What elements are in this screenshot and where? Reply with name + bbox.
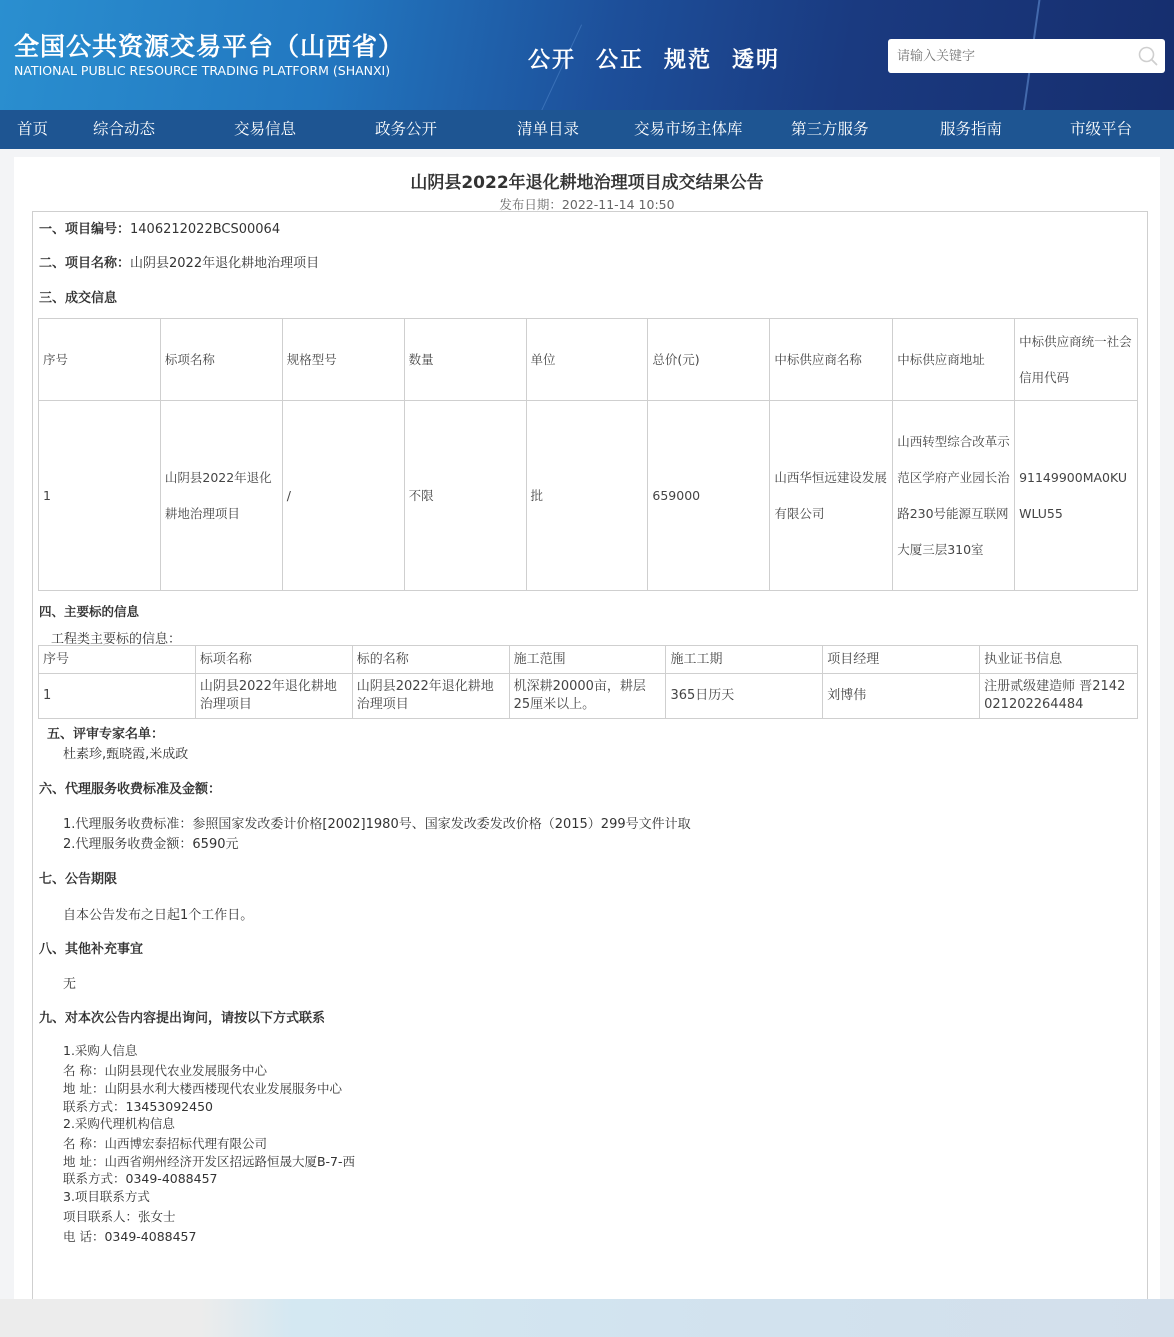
slogan-word: 公正 xyxy=(596,43,644,74)
contact-line: 地 址：山西省朔州经济开发区招远路恒晟大厦B-7-西 xyxy=(63,1152,355,1170)
contact-line: 项目联系人：张女士 xyxy=(63,1207,176,1225)
table-header: 单位 xyxy=(526,319,648,401)
section-project-name: 二、项目名称：山阴县2022年退化耕地治理项目 xyxy=(39,252,319,271)
table-header: 中标供应商地址 xyxy=(893,319,1015,401)
nav-item-third-party[interactable]: 第三方服务 xyxy=(791,110,869,149)
table-header-row: 序号 标项名称 规格型号 数量 单位 总价(元) 中标供应商名称 中标供应商地址… xyxy=(39,319,1138,401)
table-header: 标的名称 xyxy=(352,646,509,674)
table-row: 1 山阴县2022年退化耕地治理项目 / 不限 批 659000 山西华恒远建设… xyxy=(39,401,1138,591)
table-header: 中标供应商统一社会信用代码 xyxy=(1015,319,1138,401)
table-cell: 91149900MA0KUWLU55 xyxy=(1015,401,1138,591)
site-subtitle: NATIONAL PUBLIC RESOURCE TRADING PLATFOR… xyxy=(14,63,390,78)
subject-table: 序号 标项名称 标的名称 施工范围 施工工期 项目经理 执业证书信息 1 山阴县… xyxy=(38,645,1138,719)
fee-amount: 2.代理服务收费金额：6590元 xyxy=(63,833,239,852)
nav-item-news[interactable]: 综合动态 xyxy=(93,110,155,149)
contact-line: 电 话：0349-4088457 xyxy=(63,1227,196,1245)
table-cell: 1 xyxy=(39,401,161,591)
table-cell: 山阴县2022年退化耕地治理项目 xyxy=(160,401,282,591)
section-label: 六、代理服务收费标准及金额： xyxy=(39,782,221,797)
table-header: 施工工期 xyxy=(666,646,823,674)
article-title: 山阴县2022年退化耕地治理项目成交结果公告 xyxy=(14,168,1160,193)
contact-line: 1.采购人信息 xyxy=(63,1041,137,1059)
slogan-word: 规范 xyxy=(664,43,712,74)
table-cell: / xyxy=(282,401,404,591)
slogan: 公开 公正 规范 透明 xyxy=(528,43,780,74)
table-header: 项目经理 xyxy=(823,646,980,674)
section-notice-period: 七、公告期限 xyxy=(39,868,117,887)
contact-line: 名 称：山西博宏泰招标代理有限公司 xyxy=(63,1134,267,1152)
contact-line: 2.采购代理机构信息 xyxy=(63,1114,175,1132)
search-icon[interactable] xyxy=(1131,39,1165,73)
section-label: 九、对本次公告内容提出询问，请按以下方式联系 xyxy=(39,1011,325,1026)
table-cell: 山阴县2022年退化耕地治理项目 xyxy=(195,674,352,719)
table-cell: 659000 xyxy=(648,401,770,591)
fee-standard: 1.代理服务收费标准：参照国家发改委计价格[2002]1980号、国家发改委发改… xyxy=(63,813,691,832)
contact-line: 联系方式：13453092450 xyxy=(63,1097,213,1115)
contact-line: 名 称：山阴县现代农业发展服务中心 xyxy=(63,1061,267,1079)
contact-line: 联系方式：0349-4088457 xyxy=(63,1169,218,1187)
section-label: 一、项目编号： xyxy=(39,222,130,237)
table-header: 标项名称 xyxy=(160,319,282,401)
table-cell: 注册贰级建造师 晋2142021202264484 xyxy=(980,674,1138,719)
expert-list: 杜素珍,甄晓霞,米成政 xyxy=(63,743,188,762)
other-matters: 无 xyxy=(63,973,76,992)
article-content: 一、项目编号：1406212022BCS00064 二、项目名称：山阴县2022… xyxy=(32,211,1148,1311)
section-agency-fee: 六、代理服务收费标准及金额： xyxy=(39,778,221,797)
table-header: 执业证书信息 xyxy=(980,646,1138,674)
table-cell: 山西转型综合改革示范区学府产业园长治路230号能源互联网大厦三层310室 xyxy=(893,401,1015,591)
nav-item-home[interactable]: 首页 xyxy=(17,110,48,149)
table-cell: 批 xyxy=(526,401,648,591)
table-header: 序号 xyxy=(39,319,161,401)
contact-line: 3.项目联系方式 xyxy=(63,1187,150,1205)
project-number: 1406212022BCS00064 xyxy=(130,222,280,237)
section-label: 三、成交信息 xyxy=(39,291,117,306)
table-cell: 1 xyxy=(39,674,196,719)
section-main-subject: 四、主要标的信息 xyxy=(39,602,139,620)
section-other-matters: 八、其他补充事宜 xyxy=(39,938,143,957)
nav-item-trade-info[interactable]: 交易信息 xyxy=(234,110,296,149)
notice-period: 自本公告发布之日起1个工作日。 xyxy=(63,904,253,923)
table-header: 总价(元) xyxy=(648,319,770,401)
search-box xyxy=(888,39,1165,73)
table-cell: 不限 xyxy=(404,401,526,591)
table-header: 序号 xyxy=(39,646,196,674)
section-deal-info: 三、成交信息 xyxy=(39,287,117,306)
section-contact: 九、对本次公告内容提出询问，请按以下方式联系 xyxy=(39,1007,325,1026)
section-label: 七、公告期限 xyxy=(39,872,117,887)
section-label: 八、其他补充事宜 xyxy=(39,942,143,957)
main-nav: 首页 综合动态 交易信息 政务公开 清单目录 交易市场主体库 第三方服务 服务指… xyxy=(0,110,1174,149)
project-name: 山阴县2022年退化耕地治理项目 xyxy=(130,256,319,271)
section-label: 二、项目名称： xyxy=(39,256,130,271)
nav-item-gov-affairs[interactable]: 政务公开 xyxy=(375,110,437,149)
slogan-word: 公开 xyxy=(528,43,576,74)
table-header: 规格型号 xyxy=(282,319,404,401)
table-cell: 刘博伟 xyxy=(823,674,980,719)
section-experts: 五、评审专家名单： xyxy=(47,723,164,742)
nav-item-catalog[interactable]: 清单目录 xyxy=(517,110,579,149)
contact-line: 地 址：山阴县水利大楼西楼现代农业发展服务中心 xyxy=(63,1079,342,1097)
section-label: 五、评审专家名单： xyxy=(47,727,164,742)
nav-item-guide[interactable]: 服务指南 xyxy=(940,110,1002,149)
table-header: 中标供应商名称 xyxy=(770,319,893,401)
site-title[interactable]: 全国公共资源交易平台（山西省） xyxy=(14,27,404,63)
section-project-number: 一、项目编号：1406212022BCS00064 xyxy=(39,218,280,237)
table-header: 标项名称 xyxy=(195,646,352,674)
section-label: 四、主要标的信息 xyxy=(39,604,139,619)
slogan-word: 透明 xyxy=(732,43,780,74)
table-row: 1 山阴县2022年退化耕地治理项目 山阴县2022年退化耕地治理项目 机深耕2… xyxy=(39,674,1138,719)
table-cell: 山阴县2022年退化耕地治理项目 xyxy=(352,674,509,719)
search-input[interactable] xyxy=(888,39,1131,73)
table-cell: 365日历天 xyxy=(666,674,823,719)
article-page: 山阴县2022年退化耕地治理项目成交结果公告 发布日期：2022-11-14 1… xyxy=(14,157,1160,1299)
header-banner: 全国公共资源交易平台（山西省） NATIONAL PUBLIC RESOURCE… xyxy=(0,0,1174,110)
nav-item-city-platform[interactable]: 市级平台 xyxy=(1070,110,1132,149)
table-header: 数量 xyxy=(404,319,526,401)
deal-table: 序号 标项名称 规格型号 数量 单位 总价(元) 中标供应商名称 中标供应商地址… xyxy=(38,318,1138,591)
table-cell: 山西华恒远建设发展有限公司 xyxy=(770,401,893,591)
table-header-row: 序号 标项名称 标的名称 施工范围 施工工期 项目经理 执业证书信息 xyxy=(39,646,1138,674)
table-header: 施工范围 xyxy=(509,646,666,674)
nav-item-market-entities[interactable]: 交易市场主体库 xyxy=(634,110,743,149)
footer-strip xyxy=(0,1299,1174,1337)
table-cell: 机深耕20000亩，耕层25厘米以上。 xyxy=(509,674,666,719)
